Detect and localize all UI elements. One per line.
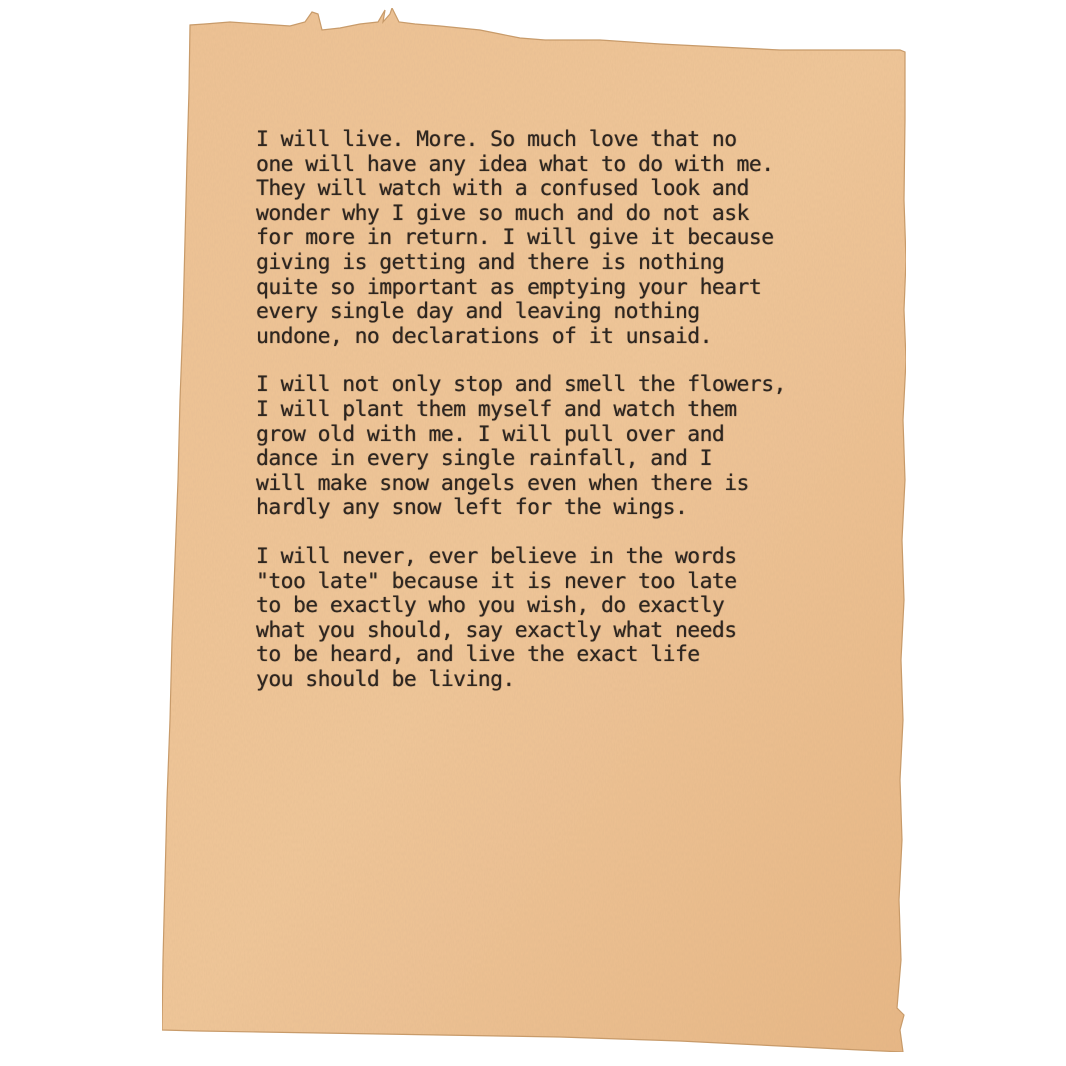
- text-line: for more in return. I will give it becau…: [256, 226, 916, 251]
- text-line: what you should, say exactly what needs: [256, 619, 916, 644]
- text-line: "too late" because it is never too late: [256, 570, 916, 595]
- text-line: wonder why I give so much and do not ask: [256, 202, 916, 227]
- page-canvas: I will live. More. So much love that noo…: [0, 0, 1066, 1066]
- text-line: quite so important as emptying your hear…: [256, 276, 916, 301]
- text-line: to be heard, and live the exact life: [256, 643, 916, 668]
- typewritten-poem: I will live. More. So much love that noo…: [256, 128, 916, 692]
- text-line: They will watch with a confused look and: [256, 177, 916, 202]
- text-line: I will never, ever believe in the words: [256, 545, 916, 570]
- paragraph-1: I will live. More. So much love that noo…: [256, 128, 916, 349]
- text-line: one will have any idea what to do with m…: [256, 153, 916, 178]
- text-line: giving is getting and there is nothing: [256, 251, 916, 276]
- paragraph-3: I will never, ever believe in the words"…: [256, 545, 916, 693]
- text-line: you should be living.: [256, 668, 916, 693]
- text-line: undone, no declarations of it unsaid.: [256, 325, 916, 350]
- text-line: every single day and leaving nothing: [256, 300, 916, 325]
- text-line: hardly any snow left for the wings.: [256, 496, 916, 521]
- text-line: will make snow angels even when there is: [256, 472, 916, 497]
- text-line: I will plant them myself and watch them: [256, 398, 916, 423]
- text-line: grow old with me. I will pull over and: [256, 423, 916, 448]
- text-line: I will live. More. So much love that no: [256, 128, 916, 153]
- text-line: I will not only stop and smell the flowe…: [256, 373, 916, 398]
- text-line: to be exactly who you wish, do exactly: [256, 594, 916, 619]
- paragraph-2: I will not only stop and smell the flowe…: [256, 373, 916, 521]
- text-line: dance in every single rainfall, and I: [256, 447, 916, 472]
